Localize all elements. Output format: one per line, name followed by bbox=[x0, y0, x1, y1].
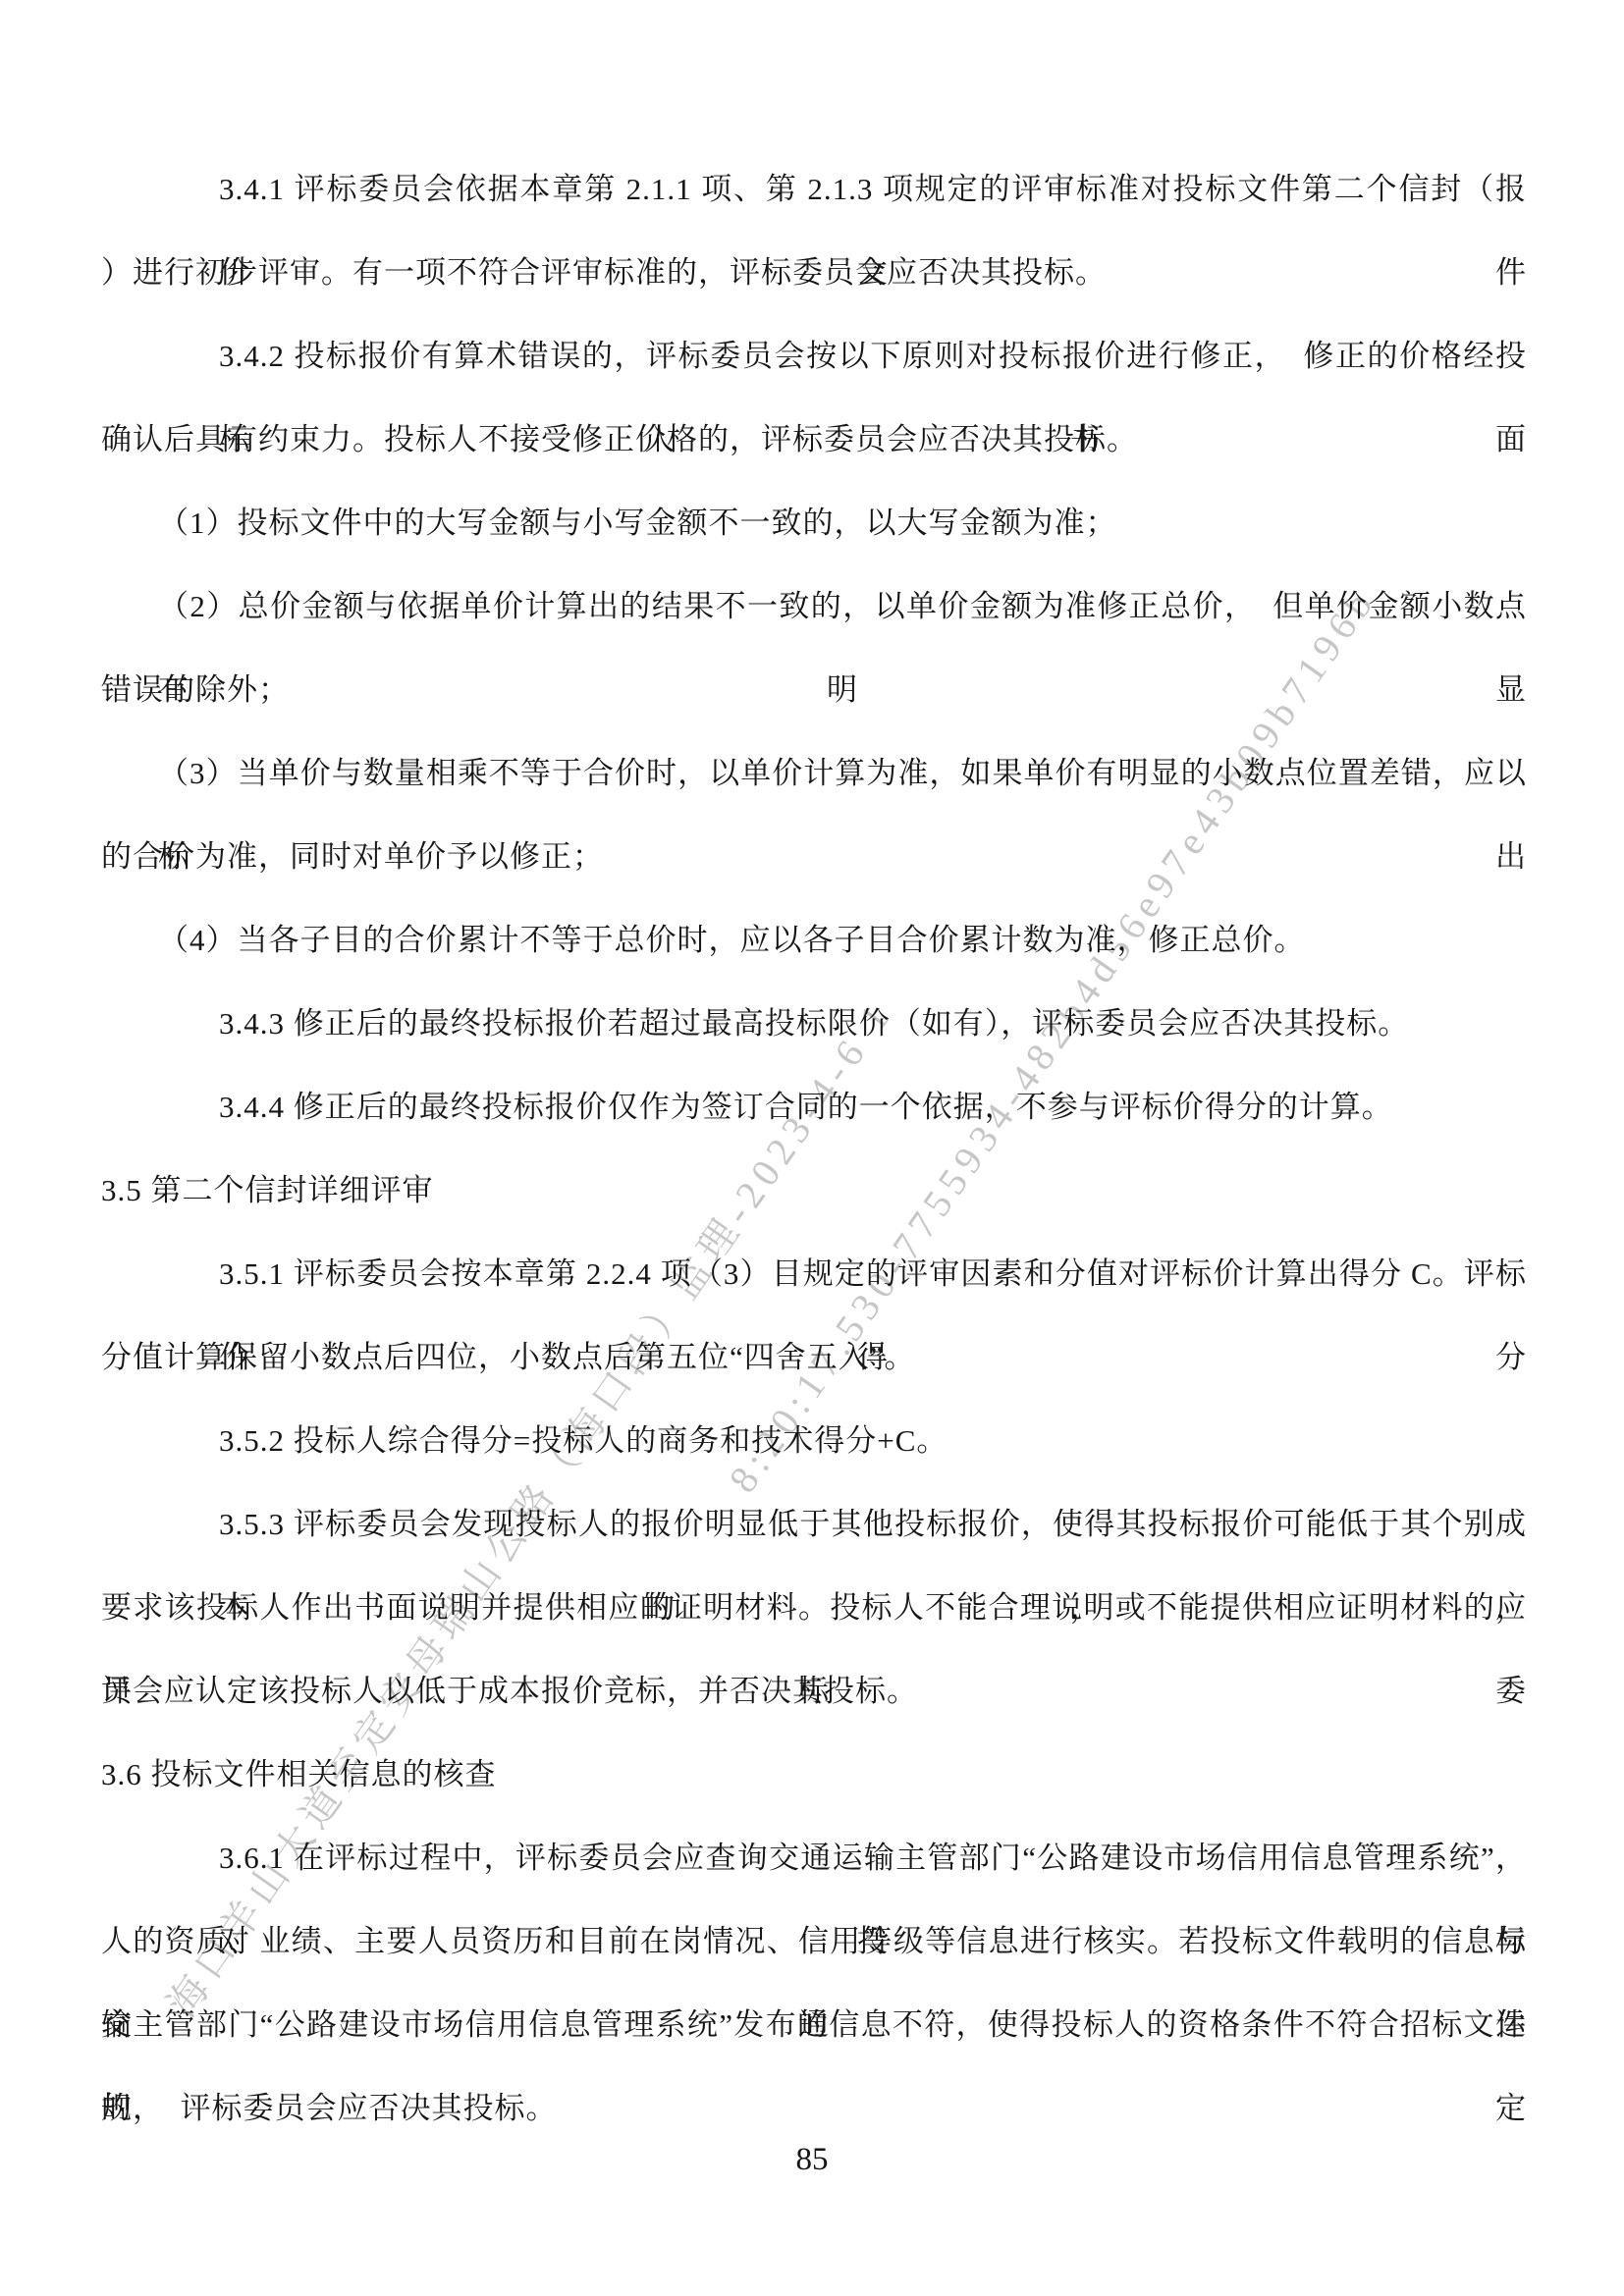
text-line: 3.6.1 在评标过程中，评标委员会应查询交通运输主管部门“公路建设市场信用信息… bbox=[101, 1816, 1527, 1899]
text-line: 3.5.3 评标委员会发现投标人的报价明显低于其他投标报价，使得其投标报价可能低… bbox=[101, 1482, 1527, 1566]
page-number: 85 bbox=[0, 2142, 1624, 2178]
text-line: 3.4.1 评标委员会依据本章第 2.1.1 项、第 2.1.3 项规定的评审标… bbox=[101, 147, 1527, 231]
text-line: 3.4.3 修正后的最终投标报价若超过最高投标限价（如有），评标委员会应否决其投… bbox=[101, 982, 1527, 1065]
text-line: 3.5 第二个信封详细评审 bbox=[101, 1148, 1527, 1232]
text-line: 要求该投标人作出书面说明并提供相应的证明材料。投标人不能合理说明或不能提供相应证… bbox=[101, 1566, 1527, 1649]
text-line: 3.4.2 投标报价有算术错误的，评标委员会按以下原则对投标报价进行修正， 修正… bbox=[101, 314, 1527, 398]
text-line: 3.6 投标文件相关信息的核查 bbox=[101, 1733, 1527, 1816]
text-line: （2）总价金额与依据单价计算出的结果不一致的，以单价金额为准修正总价， 但单价金… bbox=[101, 564, 1527, 648]
text-line: 3.4.4 修正后的最终投标报价仅作为签订合同的一个依据，不参与评标价得分的计算… bbox=[101, 1065, 1527, 1148]
text-line: 3.5.1 评标委员会按本章第 2.2.4 项（3）目规定的评审因素和分值对评标… bbox=[101, 1232, 1527, 1315]
text-line: （1）投标文件中的大写金额与小写金额不一致的，以大写金额为准； bbox=[101, 481, 1527, 564]
text-line: （3）当单价与数量相乘不等于合价时，以单价计算为准，如果单价有明显的小数点位置差… bbox=[101, 731, 1527, 815]
document-body: 3.4.1 评标委员会依据本章第 2.1.1 项、第 2.1.3 项规定的评审标… bbox=[101, 147, 1527, 2150]
text-line: 人的资质、业绩、主要人员资历和目前在岗情况、信用等级等信息进行核实。若投标文件载… bbox=[101, 1899, 1527, 1983]
text-line: （4）当各子目的合价累计不等于总价时，应以各子目合价累计数为准，修正总价。 bbox=[101, 898, 1527, 982]
text-line: 输主管部门“公路建设市场信用信息管理系统”发布的信息不符，使得投标人的资格条件不… bbox=[101, 1983, 1527, 2066]
document-page: 海口羊山大道至定安母瑞山公路（海口段）监理-2023-4-6 1 8:20:17… bbox=[0, 0, 1624, 2296]
text-line: 3.5.2 投标人综合得分=投标人的商务和技术得分+C。 bbox=[101, 1399, 1527, 1482]
